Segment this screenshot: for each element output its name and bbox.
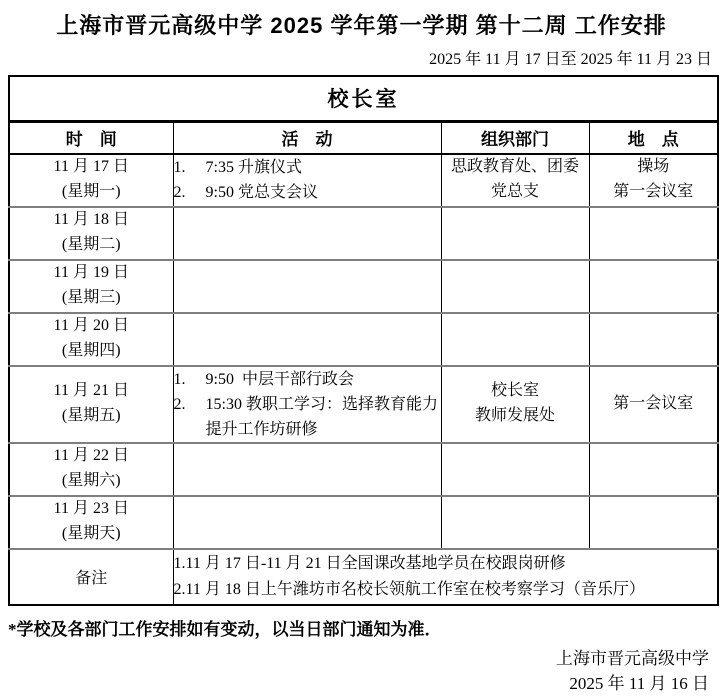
org-cell bbox=[441, 496, 589, 549]
disclaimer-note: *学校及各部门工作安排如有变动，以当日部门通知为准． bbox=[8, 615, 723, 640]
activity-text: 7:35 升旗仪式 bbox=[206, 155, 441, 180]
org-cell: 思政教育处、团委 党总支 bbox=[441, 154, 589, 207]
location-cell: 第一会议室 bbox=[589, 366, 718, 443]
activity-cell bbox=[173, 443, 441, 496]
location-cell bbox=[589, 496, 718, 549]
department-header: 校长室 bbox=[9, 76, 718, 122]
date-cell: 11 月 17 日 (星期一) bbox=[9, 154, 173, 207]
activity-number: 1. bbox=[174, 155, 206, 180]
activity-cell bbox=[173, 496, 441, 549]
date-cell: 11 月 23 日 (星期天) bbox=[9, 496, 173, 549]
col-header-time: 时 间 bbox=[9, 122, 173, 154]
page-title: 上海市晋元高级中学 2025 学年第一学期 第十二周 工作安排 bbox=[0, 0, 723, 41]
location-cell bbox=[589, 443, 718, 496]
location-cell bbox=[589, 260, 718, 313]
activity-cell bbox=[173, 313, 441, 366]
location-cell bbox=[589, 313, 718, 366]
date-cell: 11 月 19 日 (星期三) bbox=[9, 260, 173, 313]
date-cell: 11 月 18 日 (星期二) bbox=[9, 207, 173, 260]
org-cell bbox=[441, 260, 589, 313]
org-cell: 校长室 教师发展处 bbox=[441, 366, 589, 443]
col-header-org: 组织部门 bbox=[441, 122, 589, 154]
document-page: 上海市晋元高级中学 2025 学年第一学期 第十二周 工作安排 2025 年 1… bbox=[0, 0, 723, 696]
location-cell bbox=[589, 207, 718, 260]
signature-date: 2025 年 11 月 16 日 bbox=[0, 671, 709, 696]
activity-cell bbox=[173, 260, 441, 313]
activity-text: 15:30 教职工学习：选择教育能力提升工作坊研修 bbox=[206, 392, 441, 442]
column-header-row: 时 间 活 动 组织部门 地 点 bbox=[9, 122, 718, 154]
date-cell: 11 月 21 日 (星期五) bbox=[9, 366, 173, 443]
activity-number: 2. bbox=[174, 180, 206, 205]
notes-content-cell: 1.11 月 17 日-11 月 21 日全国课改基地学员在校跟岗研修 2.11… bbox=[173, 549, 718, 605]
table-row-nov18: 11 月 18 日 (星期二) bbox=[9, 207, 718, 260]
org-cell bbox=[441, 443, 589, 496]
activity-item: 1. 7:35 升旗仪式 bbox=[174, 155, 441, 180]
col-header-activity: 活 动 bbox=[173, 122, 441, 154]
schedule-table: 校长室 时 间 活 动 组织部门 地 点 11 月 17 日 (星期一) 1. … bbox=[8, 75, 719, 606]
department-row: 校长室 bbox=[9, 76, 718, 122]
activity-text: 9:50 党总支会议 bbox=[206, 180, 441, 205]
activity-item: 2. 15:30 教职工学习：选择教育能力提升工作坊研修 bbox=[174, 392, 441, 442]
table-row-nov20: 11 月 20 日 (星期四) bbox=[9, 313, 718, 366]
table-row-nov23: 11 月 23 日 (星期天) bbox=[9, 496, 718, 549]
date-cell: 11 月 22 日 (星期六) bbox=[9, 443, 173, 496]
activity-number: 2. bbox=[174, 392, 206, 442]
activity-item: 1. 9:50 中层干部行政会 bbox=[174, 367, 441, 392]
notes-label-cell: 备注 bbox=[9, 549, 173, 605]
table-row-nov22: 11 月 22 日 (星期六) bbox=[9, 443, 718, 496]
col-header-location: 地 点 bbox=[589, 122, 718, 154]
activity-number: 1. bbox=[174, 367, 206, 392]
activity-cell: 1. 7:35 升旗仪式 2. 9:50 党总支会议 bbox=[173, 154, 441, 207]
table-row-nov19: 11 月 19 日 (星期三) bbox=[9, 260, 718, 313]
org-cell bbox=[441, 207, 589, 260]
notes-row: 备注 1.11 月 17 日-11 月 21 日全国课改基地学员在校跟岗研修 2… bbox=[9, 549, 718, 605]
activity-text: 9:50 中层干部行政会 bbox=[206, 367, 441, 392]
activity-cell: 1. 9:50 中层干部行政会 2. 15:30 教职工学习：选择教育能力提升工… bbox=[173, 366, 441, 443]
date-cell: 11 月 20 日 (星期四) bbox=[9, 313, 173, 366]
activity-item: 2. 9:50 党总支会议 bbox=[174, 180, 441, 205]
signature-school: 上海市晋元高级中学 bbox=[0, 646, 709, 672]
activity-cell bbox=[173, 207, 441, 260]
table-row-nov21: 11 月 21 日 (星期五) 1. 9:50 中层干部行政会 2. 15:30… bbox=[9, 366, 718, 443]
location-cell: 操场 第一会议室 bbox=[589, 154, 718, 207]
table-row-nov17: 11 月 17 日 (星期一) 1. 7:35 升旗仪式 2. 9:50 党总支… bbox=[9, 154, 718, 207]
date-range: 2025 年 11 月 17 日至 2025 年 11 月 23 日 bbox=[0, 46, 712, 69]
org-cell bbox=[441, 313, 589, 366]
